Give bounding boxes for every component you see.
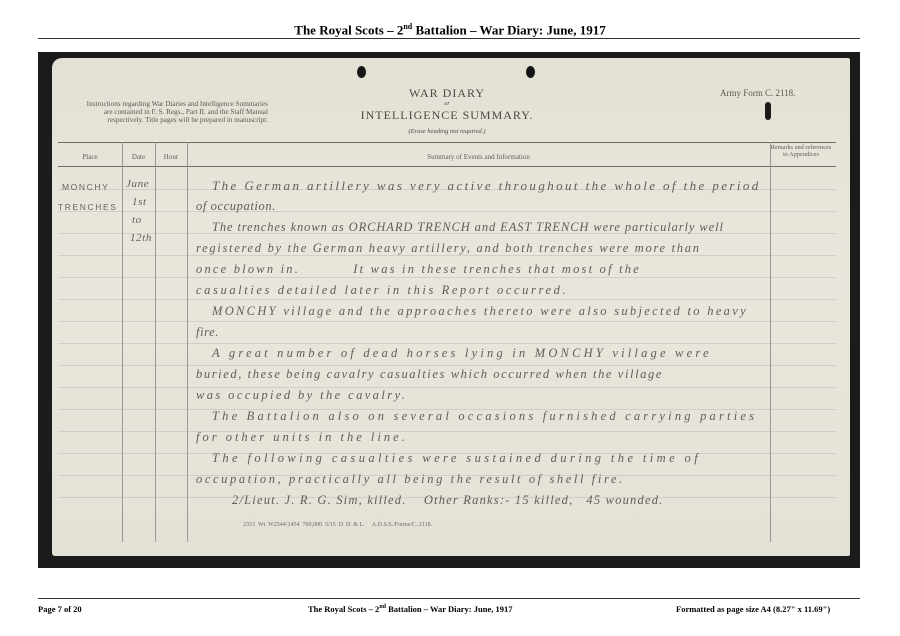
- punch-hole-icon: [526, 66, 535, 78]
- casualty-line: 2/Lieut. J. R. G. Sim, killed. Other Ran…: [232, 493, 663, 508]
- form-title-or: or: [342, 101, 552, 107]
- form-title-note: (Erase heading not required.): [342, 128, 552, 135]
- column-header-summary: Summary of Events and Information: [187, 153, 770, 161]
- column-header-date: Date: [122, 153, 155, 161]
- ruled-line: [58, 211, 836, 212]
- footer-format-note: Formatted as page size A4 (8.27" x 11.69…: [676, 604, 830, 614]
- punch-hole-icon: [357, 66, 366, 78]
- diary-sheet: Instructions regarding War Diaries and I…: [52, 58, 850, 556]
- footer-page-number: Page 7 of 20: [38, 604, 82, 614]
- printer-imprint: 2353 Wt. W2544/1454 700,000 5/15 D. D. &…: [243, 522, 432, 528]
- ruled-line: [58, 343, 836, 344]
- footer-title-text: The Royal Scots – 2: [308, 604, 379, 614]
- scanned-document: Instructions regarding War Diaries and I…: [38, 52, 860, 568]
- summary-line: casualties detailed later in this Report…: [196, 283, 568, 298]
- footer-title-sup: nd: [379, 604, 386, 610]
- summary-line: occupation, practically all being the re…: [196, 472, 625, 487]
- page-header: The Royal Scots – 2nd Battalion – War Di…: [0, 22, 900, 38]
- header-rule: [38, 38, 860, 39]
- summary-line: The German artillery was very active thr…: [212, 178, 761, 194]
- footer-title-suffix: Battalion – War Diary: June, 1917: [386, 604, 512, 614]
- column-header-remarks: Remarks and references to Appendices: [770, 144, 832, 158]
- ruled-line: [58, 277, 836, 278]
- column-divider: [187, 142, 188, 542]
- army-form-number: Army Form C. 2118.: [720, 88, 795, 98]
- footer-rule: [38, 598, 860, 599]
- date-line-4: 12th: [130, 232, 152, 244]
- table-header-rule: [58, 166, 836, 167]
- instructions-text: Instructions regarding War Diaries and I…: [78, 100, 268, 124]
- summary-line: The following casualties were sustained …: [212, 451, 701, 466]
- summary-line: A great number of dead horses lying in M…: [212, 346, 712, 361]
- footer-title: The Royal Scots – 2nd Battalion – War Di…: [308, 604, 512, 614]
- ruled-line: [58, 431, 836, 432]
- form-title-war-diary: WAR DIARY: [342, 86, 552, 101]
- summary-line: once blown in. It was in these trenches …: [196, 262, 641, 277]
- date-line-1: June: [126, 178, 149, 190]
- summary-line: registered by the German heavy artillery…: [196, 241, 701, 256]
- summary-line: fire.: [196, 325, 219, 340]
- column-header-place: Place: [58, 153, 122, 161]
- date-line-3: to: [132, 214, 142, 226]
- ruled-line: [58, 365, 836, 366]
- header-text: The Royal Scots – 2: [294, 22, 403, 37]
- table-top-rule: [58, 142, 836, 143]
- place-line-2: TRENCHES: [58, 202, 118, 212]
- summary-line: The trenches known as ORCHARD TRENCH and…: [212, 220, 724, 235]
- tag-hole-icon: [765, 102, 771, 120]
- ruled-line: [58, 299, 836, 300]
- column-divider: [122, 142, 123, 542]
- summary-line: The Battalion also on several occasions …: [212, 409, 757, 424]
- place-line-1: MONCHY: [62, 182, 109, 192]
- ruled-line: [58, 321, 836, 322]
- summary-line: of occupation.: [196, 199, 276, 214]
- column-divider: [155, 142, 156, 542]
- header-text-suffix: Battalion – War Diary: June, 1917: [412, 22, 605, 37]
- summary-line: was occupied by the cavalry.: [196, 388, 407, 403]
- column-header-hour: Hour: [155, 153, 187, 161]
- ruled-line: [58, 387, 836, 388]
- summary-line: MONCHY village and the approaches theret…: [212, 304, 748, 319]
- form-title-intelligence-summary: INTELLIGENCE SUMMARY.: [342, 108, 552, 123]
- header-sup: nd: [403, 22, 412, 31]
- summary-line: buried, these being cavalry casualties w…: [196, 367, 663, 382]
- date-line-2: 1st: [132, 196, 147, 208]
- column-divider: [770, 142, 771, 542]
- summary-line: for other units in the line.: [196, 430, 408, 445]
